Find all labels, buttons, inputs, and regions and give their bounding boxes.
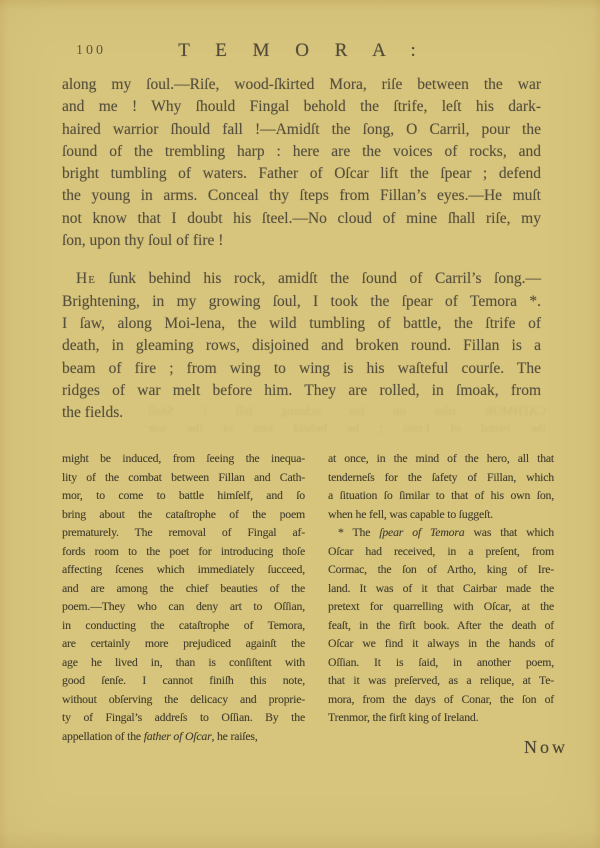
text-line: without obſerving the delicacy and propr… (62, 690, 305, 709)
text-line: Oſcar we find it always in the hands of (328, 634, 554, 653)
text-line: He ſunk behind his rock, amidſt the ſoun… (62, 268, 541, 290)
footnote-column-left: might be induced, from ſeeing the inequa… (62, 449, 305, 745)
text-line: tenderneſs for the ſafety of Fillan, whi… (328, 468, 554, 487)
paragraph: along my ſoul.—Riſe, wood-ſkirted Mora, … (62, 74, 541, 252)
text-line: pretext for quarrelling with Oſcar, at t… (328, 597, 554, 616)
text-line: the fields. (62, 402, 541, 424)
text-line: good ſenſe. I cannot finiſh this note, (62, 671, 305, 690)
text-line: when he fell, was capable to ſuggeſt. (328, 505, 554, 524)
text-line: Oſſian. It is ſaid, in another poem, (328, 653, 554, 672)
text-line: Cormac, the ſon of Artho, king of Ire- (328, 560, 554, 579)
text-line: Brightening, in my growing ſoul, I took … (62, 291, 541, 313)
text-line: bright tumbling of waters. Father of Oſc… (62, 163, 541, 185)
text-line: that it was preſerved, as a relique, at … (328, 671, 554, 690)
text-line: Oſcar had received, in a preſent, from (328, 542, 554, 561)
text-line: ſon, upon thy ſoul of fire ! (62, 230, 541, 252)
text-line: fords room to the poet for introducing t… (62, 542, 305, 561)
text-line: lity of the combat between Fillan and Ca… (62, 468, 305, 487)
text-line: feaſt, in the firſt book. After the deat… (328, 616, 554, 635)
text-line: death, in gleaming rows, disjoined and b… (62, 335, 541, 357)
text-line: prematurely. The removal of Fingal af- (62, 523, 305, 542)
text-line: at once, in the mind of the hero, all th… (328, 449, 554, 468)
text-line: bring about the cataſtrophe of the poem (62, 505, 305, 524)
text-line: appellation of the father of Oſcar, he r… (62, 727, 305, 746)
page-title: T E M O R A : (62, 40, 541, 62)
text-line: ty of Fingal’s addreſs to Oſſian. By the (62, 708, 305, 727)
text-line: ſound of the trembling harp : here are t… (62, 141, 541, 163)
footnote-paragraph: might be induced, from ſeeing the inequa… (62, 449, 305, 745)
text-line: mora, from the days of Conar, the ſon of (328, 690, 554, 709)
text-line: along my ſoul.—Riſe, wood-ſkirted Mora, … (62, 74, 541, 96)
text-line: land. It was of it that Cairbar made the (328, 579, 554, 598)
text-line: * The ſpear of Temora was that which (328, 523, 554, 542)
text-line: might be induced, from ſeeing the inequa… (62, 449, 305, 468)
text-line: in conducting the cataſtrophe of Temora, (62, 616, 305, 635)
footnote-column-right: at once, in the mind of the hero, all th… (328, 449, 554, 745)
text-line: the young in arms. Conceal thy ſteps fro… (62, 185, 541, 207)
text-line: poem.—They who can deny art to Oſſian, (62, 597, 305, 616)
footnote-paragraph: at once, in the mind of the hero, all th… (328, 449, 554, 523)
text-line: Trenmor, the firſt king of Ireland. (328, 708, 554, 727)
text-line: I ſaw, along Moi-lena, the wild tumbling… (62, 313, 541, 335)
text-line: are certainly more prejudiced againſt th… (62, 634, 305, 653)
text-line: not know that I doubt his ſteel.—No clou… (62, 208, 541, 230)
text-line: ridges of war melt before him. They are … (62, 380, 541, 402)
page-number: 100 (76, 43, 106, 59)
book-page: 100 T E M O R A : along my ſoul.—Riſe, w… (0, 0, 600, 848)
main-text: along my ſoul.—Riſe, wood-ſkirted Mora, … (62, 74, 541, 424)
text-line: beam of fire ; from wing to wing is his … (62, 358, 541, 380)
text-line: mor, to come to battle himſelf, and ſo (62, 486, 305, 505)
paragraph: He ſunk behind his rock, amidſt the ſoun… (62, 268, 541, 424)
page-header: 100 T E M O R A : (62, 40, 541, 64)
footnote-section: might be induced, from ſeeing the inequa… (62, 449, 554, 745)
catchword: Now (524, 737, 568, 758)
text-line: age he lived in, than is conſiſtent with (62, 653, 305, 672)
text-line: and me ! Why ſhould Fingal behold the ſt… (62, 96, 541, 118)
text-line: affecting ſcenes which immediately ſucce… (62, 560, 305, 579)
footnote-paragraph: * The ſpear of Temora was that whichOſca… (328, 523, 554, 727)
text-line: a ſituation ſo ſimilar to that of his ow… (328, 486, 554, 505)
text-line: haired warrior ſhould fall !—Amidſt the … (62, 119, 541, 141)
text-line: and are among the chief beauties of the (62, 579, 305, 598)
